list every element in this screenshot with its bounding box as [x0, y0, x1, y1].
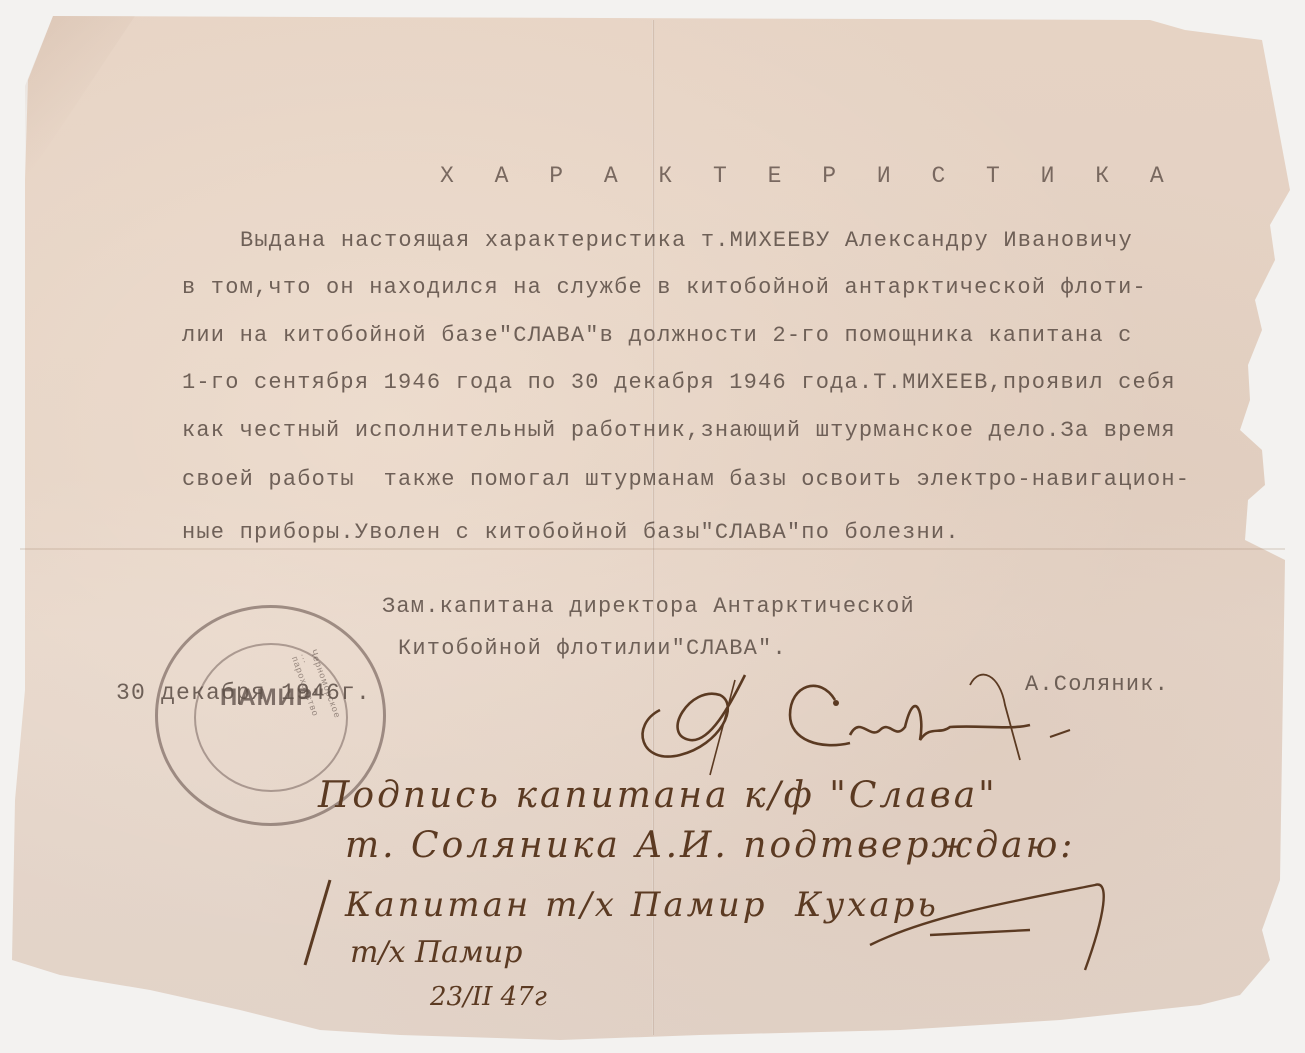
handwritten-note-line-1: Подпись капитана к/ф "Слава": [318, 775, 998, 816]
handwritten-note-line-4: т/х Памир: [350, 935, 522, 970]
body-line-2: в том,что он находился на службе в китоб…: [182, 275, 1147, 300]
document-title: Х А Р А К Т Е Р И С Т И К А: [440, 163, 1177, 189]
signature-solyanik: [620, 655, 1070, 775]
handwritten-note-line-2: т. Соляника А.И. подтверждаю:: [345, 825, 1075, 866]
signatory-position-line-1: Зам.капитана директора Антарктической: [382, 594, 915, 619]
body-line-6: своей работы также помогал штурманам баз…: [182, 467, 1190, 492]
body-line-7: ные приборы.Уволен с китобойной базы"СЛА…: [182, 520, 960, 545]
body-line-1: Выдана настоящая характеристика т.МИХЕЕВ…: [240, 228, 1133, 253]
body-line-5: как честный исполнительный работник,знаю…: [182, 418, 1176, 443]
handwritten-bracket-stroke: [300, 880, 340, 970]
body-line-4: 1-го сентября 1946 года по 30 декабря 19…: [182, 370, 1176, 395]
handwritten-note-line-3: Капитан т/х Памир Кухарь: [345, 885, 939, 925]
body-line-3: лии на китобойной базе"СЛАВА"в должности…: [182, 323, 1133, 348]
horizontal-fold-crease: [20, 548, 1285, 550]
typed-date: 30 декабря 1946г.: [116, 680, 371, 706]
signature-kukhar-flourish: [870, 875, 1120, 975]
document-scan: Х А Р А К Т Е Р И С Т И К А Выдана насто…: [0, 0, 1305, 1053]
handwritten-note-date: 23/II 47г: [430, 982, 547, 1012]
